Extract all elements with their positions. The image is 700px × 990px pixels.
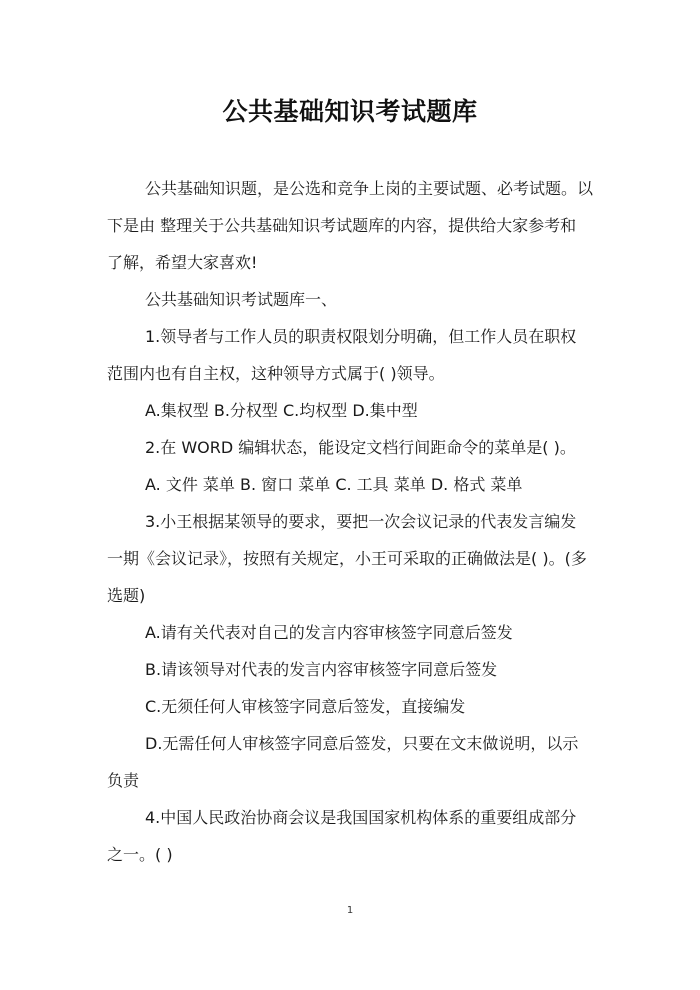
- question-1-options: A.集权型 B.分权型 C.均权型 D.集中型: [107, 398, 597, 435]
- question-4-line: 4.中国人民政治协商会议是我国国家机构体系的重要组成部分: [107, 805, 597, 842]
- question-3-line: 选题): [107, 583, 597, 620]
- document-body: 公共基础知识题，是公选和竞争上岗的主要试题、必考试题。以 下是由 整理关于公共基…: [107, 176, 597, 879]
- document-page: 公共基础知识考试题库 公共基础知识题，是公选和竞争上岗的主要试题、必考试题。以 …: [0, 0, 700, 990]
- question-3-option-d: 负责: [107, 768, 597, 805]
- question-1-line: 1.领导者与工作人员的职责权限划分明确，但工作人员在职权: [107, 324, 597, 361]
- section-heading: 公共基础知识考试题库一、: [107, 287, 597, 324]
- question-1-line: 范围内也有自主权，这种领导方式属于( )领导。: [107, 361, 597, 398]
- question-3-line: 一期《会议记录》，按照有关规定，小王可采取的正确做法是( )。(多: [107, 546, 597, 583]
- question-3-option-c: C.无须任何人审核签字同意后签发，直接编发: [107, 694, 597, 731]
- document-title: 公共基础知识考试题库: [0, 92, 700, 128]
- text-line: 了解，希望大家喜欢!: [107, 250, 597, 287]
- question-4-line: 之一。( ): [107, 842, 597, 879]
- question-2-line: 2.在 WORD 编辑状态，能设定文档行间距命令的菜单是( )。: [107, 435, 597, 472]
- text-line: 下是由 整理关于公共基础知识考试题库的内容，提供给大家参考和: [107, 213, 597, 250]
- question-3-option-a: A.请有关代表对自己的发言内容审核签字同意后签发: [107, 620, 597, 657]
- question-3-option-d: D.无需任何人审核签字同意后签发，只要在文末做说明，以示: [107, 731, 597, 768]
- question-3-option-b: B.请该领导对代表的发言内容审核签字同意后签发: [107, 657, 597, 694]
- question-3-line: 3.小王根据某领导的要求，要把一次会议记录的代表发言编发: [107, 509, 597, 546]
- text-line: 公共基础知识题，是公选和竞争上岗的主要试题、必考试题。以: [107, 176, 597, 213]
- question-2-options: A. 文件 菜单 B. 窗口 菜单 C. 工具 菜单 D. 格式 菜单: [107, 472, 597, 509]
- page-number: 1: [0, 905, 700, 916]
